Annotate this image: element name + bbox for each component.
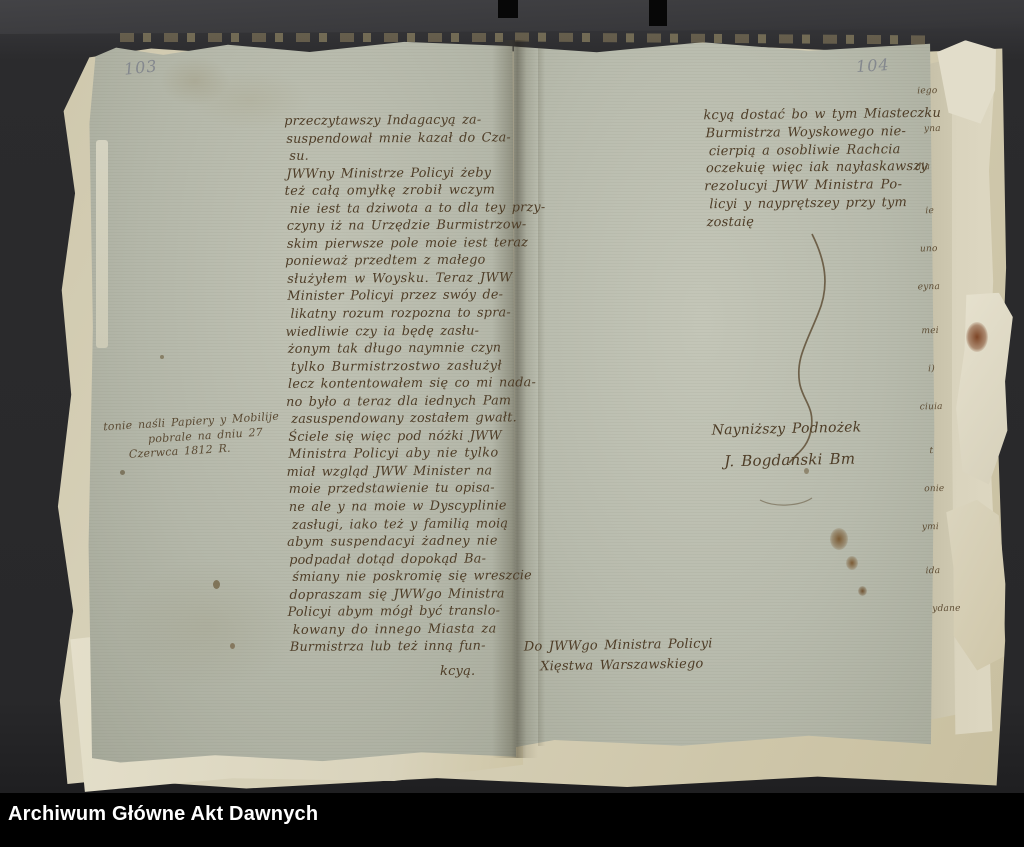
torn-top-edge-right bbox=[515, 33, 930, 45]
edge-text-fragment: uno bbox=[920, 244, 955, 283]
signature-line: J. Bogdański Bm bbox=[724, 443, 862, 477]
handwritten-line: Ministra Policyi aby nie tylko bbox=[288, 444, 547, 463]
edge-text-fragment: ida bbox=[926, 566, 961, 605]
edge-text-fragment: eyna bbox=[918, 282, 956, 327]
right-page-text-block: kcyą dostać bo w tym MiasteczkuBurmistrz… bbox=[705, 105, 942, 232]
handwritten-line: ne ale y na moie w Dyscyplinie bbox=[289, 497, 548, 516]
handwritten-line: żonym tak długo naymnie czyn bbox=[288, 339, 547, 358]
handwritten-line: Burmistrza Woyskowego nie- bbox=[706, 123, 942, 143]
page-number-right: 104 bbox=[855, 55, 890, 76]
handwritten-line: tylko Burmistrzostwo zasłużył bbox=[291, 357, 547, 376]
handwritten-line: śmiany nie poskromię się wreszcie bbox=[292, 567, 548, 586]
left-page-closing-word: kcyą. bbox=[440, 664, 475, 679]
handwritten-line: nie iest ta dziwota a to dla tey przy- bbox=[290, 199, 546, 218]
page-number-left: 103 bbox=[123, 56, 158, 78]
address-note: Do JWWgo Ministra PolicyiXięstwa Warszaw… bbox=[524, 634, 713, 677]
handwritten-line: moie przedstawienie tu opisa- bbox=[289, 480, 548, 499]
handwritten-line: JWWny Ministrze Policyi żeby bbox=[286, 164, 545, 183]
handwritten-line: kcyą dostać bo w tym Miasteczku bbox=[703, 105, 941, 125]
handwritten-line: skim pierwsze pole moie iest teraz bbox=[287, 234, 546, 253]
signature-line: Nayniższy Podnożek bbox=[711, 412, 861, 446]
archive-caption-bar: Archiwum Główne Akt Dawnych bbox=[0, 793, 1024, 847]
handwritten-line: su. bbox=[289, 146, 545, 165]
handwritten-line: no było a teraz dla iednych Pam bbox=[286, 392, 547, 411]
handwritten-line: abym suspendacyi żadney nie bbox=[287, 532, 548, 551]
handwritten-line: podpadał dotąd dopokąd Ba- bbox=[289, 550, 548, 569]
torn-top-edge-left bbox=[120, 33, 510, 42]
handwritten-line: Burmistrza lub też inną fun- bbox=[290, 637, 549, 656]
handwritten-line: suspendował mnie kazał do Cza- bbox=[286, 129, 545, 148]
book-clamp-right bbox=[649, 0, 667, 26]
handwritten-line: przeczytawszy Indagacyą za- bbox=[284, 111, 545, 130]
handwritten-line: lecz kontentowałem się co mi nada- bbox=[288, 374, 547, 393]
handwritten-line: dopraszam się JWWgo Ministra bbox=[289, 585, 548, 604]
book-clamp-left bbox=[498, 0, 518, 18]
handwritten-line: wiedliwie czy ia będę zasłu- bbox=[286, 322, 547, 341]
edge-text-fragment: ciuia bbox=[920, 402, 958, 447]
handwritten-line: Minister Policyi przez swóy de- bbox=[287, 287, 546, 306]
signature-block: Nayniższy PodnożekJ. Bogdański Bm bbox=[711, 412, 862, 477]
handwritten-line: licyi y nayprętszey przy tym bbox=[709, 194, 942, 214]
handwritten-line: zasuspendowany zostałem gwałt. bbox=[291, 409, 547, 428]
edge-text-fragment: ymi bbox=[922, 522, 960, 567]
handwritten-line: likatny rozum rozpozna to spra- bbox=[290, 304, 546, 323]
handwritten-line: zasługi, iako też y familią moią bbox=[292, 515, 548, 534]
handwritten-line: ponieważ przedtem z małego bbox=[285, 251, 546, 270]
handwritten-line: miał wzgląd JWW Minister na bbox=[287, 462, 548, 481]
edge-text-fragment: mei bbox=[921, 326, 956, 365]
paper-repair-strip bbox=[96, 140, 108, 348]
edge-text-fragment: t bbox=[929, 446, 958, 484]
handwritten-line: też całą omyłkę zrobił wczym bbox=[285, 181, 546, 200]
handwritten-line: kowany do innego Miasta za bbox=[293, 620, 549, 639]
archive-name-label: Archiwum Główne Akt Dawnych bbox=[8, 803, 318, 826]
handwritten-line: Policyi abym mógł być translo- bbox=[288, 602, 549, 621]
handwritten-line: zostaię bbox=[706, 212, 942, 232]
edge-text-fragment: onie bbox=[924, 484, 959, 523]
left-page-text-block: przeczytawszy Indagacyą za-suspendował m… bbox=[286, 111, 548, 657]
handwritten-line: Ściele się więc pod nóżki JWW bbox=[288, 427, 547, 446]
edge-text-fragment: ydane bbox=[932, 604, 961, 642]
address-line: Xięstwa Warszawskiego bbox=[540, 654, 713, 677]
rust-stain bbox=[966, 322, 988, 352]
edge-text-fragment: i) bbox=[928, 364, 957, 402]
photo-stage: 103 104 przeczytawszy Indagacyą za-suspe… bbox=[0, 0, 1024, 847]
handwritten-line: oczekuię więc iak nayłaskawszy bbox=[706, 158, 942, 178]
handwritten-line: czyny iż na Urzędzie Burmistrzow- bbox=[287, 216, 546, 235]
handwritten-line: służyłem w Woysku. Teraz JWW bbox=[287, 269, 546, 288]
